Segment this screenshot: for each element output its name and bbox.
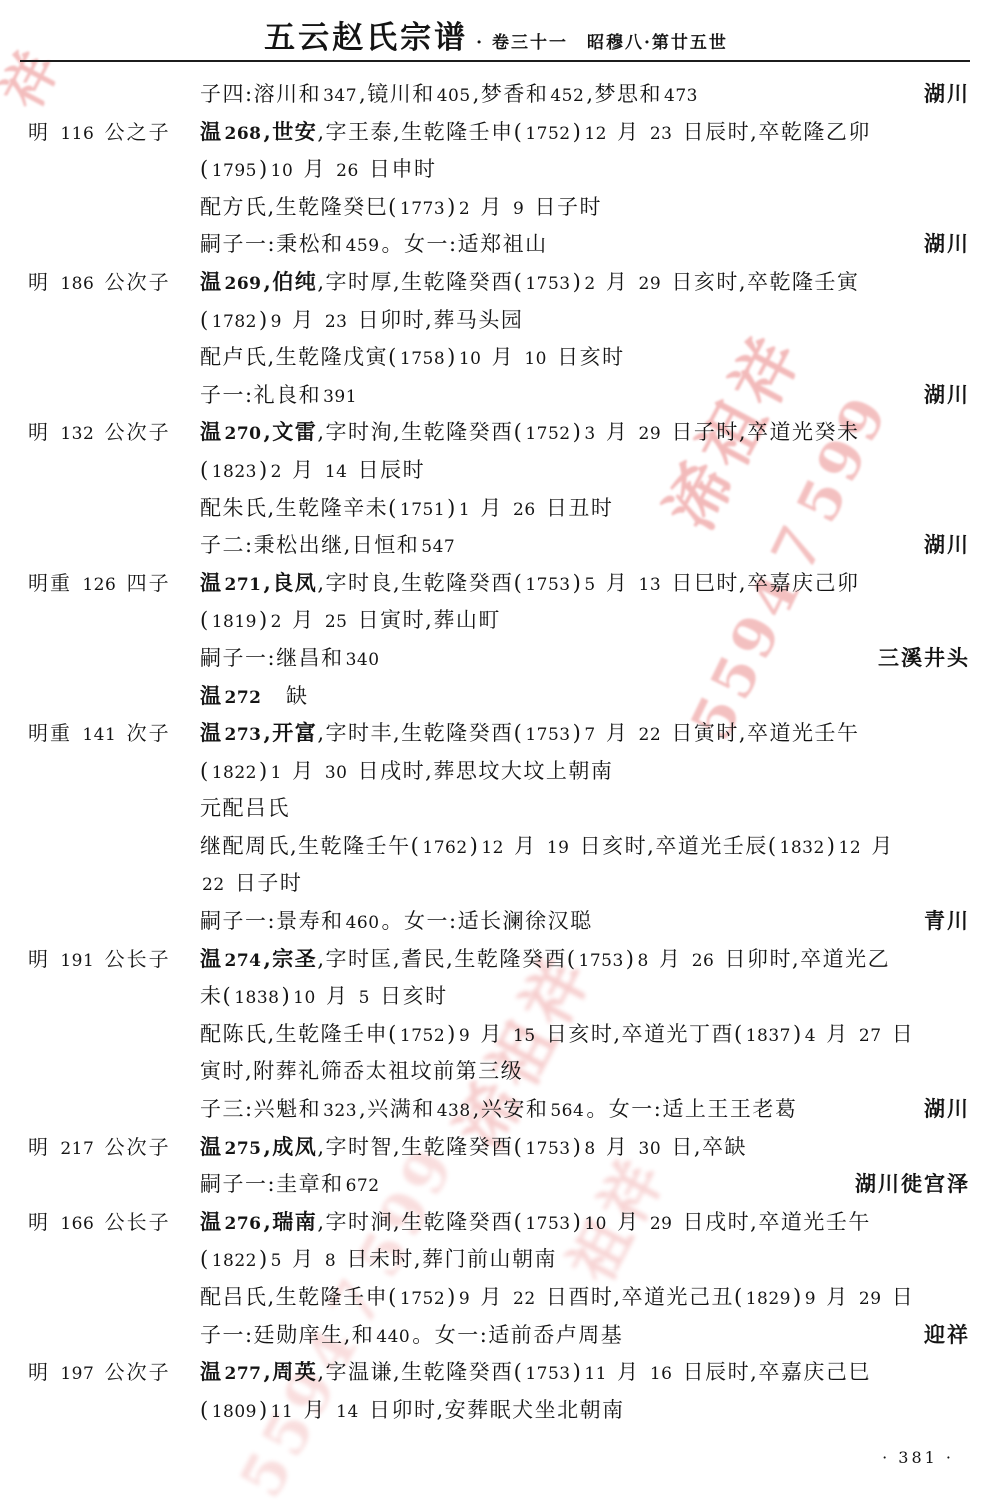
entry-line: 明重 141 次子温273,开富,字时丰,生乾隆癸酉(1753)7 月 22 日… <box>0 714 992 752</box>
entry-line: 明 191 公长子温274,宗圣,字时匡,耆民,生乾隆癸酉(1753)8 月 2… <box>0 940 992 978</box>
entry-line: 明 116 公之子温268,世安,字王泰,生乾隆壬申(1752)12 月 23 … <box>0 113 992 151</box>
volume-subtitle: · 卷三十一 昭穆八·第廿五世 <box>476 33 728 53</box>
page-header: 五云赵氏宗谱· 卷三十一 昭穆八·第廿五世 <box>0 12 992 57</box>
entry-line: 配方氏,生乾隆癸巳(1773)2 月 9 日子时 <box>0 188 992 226</box>
entries-list: 子四:溶川和347,镜川和405,梦香和452,梦思和473湖川明 116 公之… <box>0 75 992 1428</box>
entry-line: 子二:秉松出继,日恒和547湖川 <box>0 526 992 564</box>
person-name: 温270,文雷 <box>200 419 317 444</box>
generation-label: 明 132 公次子 <box>0 414 200 454</box>
entry-text: 子四:溶川和347,镜川和405,梦香和452,梦思和473 <box>200 75 924 116</box>
generation-label: 明 191 公长子 <box>0 941 200 981</box>
entry-text: 温273,开富,字时丰,生乾隆癸酉(1753)7 月 22 日寅时,卒道光壬午 <box>200 714 970 755</box>
person-name: 温271,良凤 <box>200 570 317 595</box>
generation-label: 明 116 公之子 <box>0 114 200 154</box>
generation-label: 明 166 公长子 <box>0 1204 200 1244</box>
entry-text: (1809)11 月 14 日卯时,安葬眠犬坐北朝南 <box>200 1391 970 1432</box>
entry-text: 22 日子时 <box>200 864 970 905</box>
entry-line: 明 217 公次子温275,成凤,字时智,生乾隆癸酉(1753)8 月 30 日… <box>0 1128 992 1166</box>
entry-line: 嗣子一:景寿和460。女一:适长澜徐汉聪青川 <box>0 902 992 940</box>
book-title: 五云赵氏宗谱 <box>264 20 468 56</box>
generation-label: 明重 141 次子 <box>0 715 200 755</box>
entry-text: (1822)1 月 30 日戌时,葬思坟大坟上朝南 <box>200 752 970 793</box>
person-name: 温269,伯纯 <box>200 269 317 294</box>
entry-line: 明 197 公次子温277,周英,字温谦,生乾隆癸酉(1753)11 月 16 … <box>0 1353 992 1391</box>
entry-text: 配朱氏,生乾隆辛未(1751)1 月 26 日丑时 <box>200 489 970 530</box>
entry-text: 嗣子一:景寿和460。女一:适长澜徐汉聪 <box>200 902 924 943</box>
entry-text: 子一:廷勋庠生,和440。女一:适前岙卢周基 <box>200 1316 924 1357</box>
place-name: 迎祥 <box>924 1316 992 1354</box>
person-name: 温268,世安 <box>200 119 317 144</box>
generation-label: 明重 126 四子 <box>0 565 200 605</box>
entry-line: 明 186 公次子温269,伯纯,字时厚,生乾隆癸酉(1753)2 月 29 日… <box>0 263 992 301</box>
place-name: 湖川 <box>924 376 992 414</box>
entry-line: 嗣子一:继昌和340三溪井头 <box>0 639 992 677</box>
entry-text: (1819)2 月 25 日寅时,葬山町 <box>200 601 970 642</box>
generation-label: 明 217 公次子 <box>0 1129 200 1169</box>
entry-line: 子一:礼良和391湖川 <box>0 376 992 414</box>
entry-text: 温272 缺 <box>200 677 970 718</box>
entry-text: 温274,宗圣,字时匡,耆民,生乾隆癸酉(1753)8 月 26 日卯时,卒道光… <box>200 940 970 981</box>
entry-text: 温271,良凤,字时良,生乾隆癸酉(1753)5 月 13 日巳时,卒嘉庆己卯 <box>200 564 970 605</box>
entry-line: (1809)11 月 14 日卯时,安葬眠犬坐北朝南 <box>0 1391 992 1429</box>
place-name: 湖川 <box>924 526 992 564</box>
generation-label: 明 186 公次子 <box>0 264 200 304</box>
entry-line: 嗣子一:圭章和672湖川徙宫泽 <box>0 1165 992 1203</box>
entry-line: 寅时,附葬礼筛岙太祖坟前第三级 <box>0 1052 992 1090</box>
place-name: 湖川 <box>924 75 992 113</box>
entry-line: 继配周氏,生乾隆壬午(1762)12 月 19 日亥时,卒道光壬辰(1832)1… <box>0 827 992 865</box>
entry-text: 元配吕氏 <box>200 789 970 828</box>
entry-text: 子一:礼良和391 <box>200 376 924 417</box>
generation-label: 明 197 公次子 <box>0 1354 200 1394</box>
entry-text: 配卢氏,生乾隆戊寅(1758)10 月 10 日亥时 <box>200 338 970 379</box>
entry-line: 元配吕氏 <box>0 789 992 827</box>
place-name: 湖川徙宫泽 <box>855 1165 992 1203</box>
entry-line: (1822)1 月 30 日戌时,葬思坟大坟上朝南 <box>0 752 992 790</box>
entry-line: 温272 缺 <box>0 677 992 715</box>
person-name: 温277,周英 <box>200 1359 317 1384</box>
entry-text: 寅时,附葬礼筛岙太祖坟前第三级 <box>200 1052 970 1091</box>
genealogy-page: 浠祖祥5594７599浠祖祥祖祥5594７599祥 五云赵氏宗谱· 卷三十一 昭… <box>0 0 992 1512</box>
entry-line: 22 日子时 <box>0 864 992 902</box>
entry-text: (1795)10 月 26 日申时 <box>200 150 970 191</box>
entry-line: (1823)2 月 14 日辰时 <box>0 451 992 489</box>
person-name: 温275,成凤 <box>200 1134 317 1159</box>
entry-text: 温276,瑞南,字时涧,生乾隆癸酉(1753)10 月 29 日戌时,卒道光壬午 <box>200 1203 970 1244</box>
entry-text: 继配周氏,生乾隆壬午(1762)12 月 19 日亥时,卒道光壬辰(1832)1… <box>200 827 970 868</box>
entry-text: 温275,成凤,字时智,生乾隆癸酉(1753)8 月 30 日,卒缺 <box>200 1128 970 1169</box>
place-name: 青川 <box>924 902 992 940</box>
entry-text: (1823)2 月 14 日辰时 <box>200 451 970 492</box>
entry-line: 嗣子一:秉松和459。女一:适郑祖山湖川 <box>0 225 992 263</box>
entry-text: 温277,周英,字温谦,生乾隆癸酉(1753)11 月 16 日辰时,卒嘉庆己巳 <box>200 1353 970 1394</box>
entry-text: 子三:兴魁和323,兴满和438,兴安和564。女一:适上王王老葛 <box>200 1090 924 1131</box>
entry-line: (1822)5 月 8 日未时,葬门前山朝南 <box>0 1240 992 1278</box>
person-name: 温276,瑞南 <box>200 1209 317 1234</box>
header-divider <box>20 60 970 62</box>
entry-text: 未(1838)10 月 5 日亥时 <box>200 977 970 1018</box>
entry-text: (1822)5 月 8 日未时,葬门前山朝南 <box>200 1240 970 1281</box>
entry-line: 配吕氏,生乾隆壬申(1752)9 月 22 日酉时,卒道光己丑(1829)9 月… <box>0 1278 992 1316</box>
entry-line: 配卢氏,生乾隆戊寅(1758)10 月 10 日亥时 <box>0 338 992 376</box>
entry-line: (1819)2 月 25 日寅时,葬山町 <box>0 601 992 639</box>
entry-text: 温269,伯纯,字时厚,生乾隆癸酉(1753)2 月 29 日亥时,卒乾隆壬寅 <box>200 263 970 304</box>
entry-text: 温268,世安,字王泰,生乾隆壬申(1752)12 月 23 日辰时,卒乾隆乙卯 <box>200 113 970 154</box>
entry-line: (1782)9 月 23 日卯时,葬马头园 <box>0 301 992 339</box>
entry-text: 嗣子一:圭章和672 <box>200 1165 855 1206</box>
entry-line: (1795)10 月 26 日申时 <box>0 150 992 188</box>
entry-text: 子二:秉松出继,日恒和547 <box>200 526 924 567</box>
place-name: 三溪井头 <box>878 639 992 677</box>
page-number: · 381 · <box>882 1448 954 1467</box>
entry-line: 配朱氏,生乾隆辛未(1751)1 月 26 日丑时 <box>0 489 992 527</box>
entry-line: 明 166 公长子温276,瑞南,字时涧,生乾隆癸酉(1753)10 月 29 … <box>0 1203 992 1241</box>
entry-text: 嗣子一:继昌和340 <box>200 639 878 680</box>
entry-text: 配方氏,生乾隆癸巳(1773)2 月 9 日子时 <box>200 188 970 229</box>
entry-line: 明重 126 四子温271,良凤,字时良,生乾隆癸酉(1753)5 月 13 日… <box>0 564 992 602</box>
entry-line: 配陈氏,生乾隆壬申(1752)9 月 15 日亥时,卒道光丁酉(1837)4 月… <box>0 1015 992 1053</box>
entry-line: 子四:溶川和347,镜川和405,梦香和452,梦思和473湖川 <box>0 75 992 113</box>
person-name: 温272 <box>200 683 264 708</box>
place-name: 湖川 <box>924 1090 992 1128</box>
entry-line: 明 132 公次子温270,文雷,字时洵,生乾隆癸酉(1752)3 月 29 日… <box>0 413 992 451</box>
entry-line: 子三:兴魁和323,兴满和438,兴安和564。女一:适上王王老葛湖川 <box>0 1090 992 1128</box>
entry-line: 未(1838)10 月 5 日亥时 <box>0 977 992 1015</box>
place-name: 湖川 <box>924 225 992 263</box>
person-name: 温274,宗圣 <box>200 946 317 971</box>
entry-text: 嗣子一:秉松和459。女一:适郑祖山 <box>200 225 924 266</box>
entry-text: (1782)9 月 23 日卯时,葬马头园 <box>200 301 970 342</box>
entry-line: 子一:廷勋庠生,和440。女一:适前岙卢周基迎祥 <box>0 1316 992 1354</box>
entry-text: 配吕氏,生乾隆壬申(1752)9 月 22 日酉时,卒道光己丑(1829)9 月… <box>200 1278 970 1319</box>
entry-text: 温270,文雷,字时洵,生乾隆癸酉(1752)3 月 29 日子时,卒道光癸未 <box>200 413 970 454</box>
entry-text: 配陈氏,生乾隆壬申(1752)9 月 15 日亥时,卒道光丁酉(1837)4 月… <box>200 1015 970 1056</box>
person-name: 温273,开富 <box>200 720 317 745</box>
